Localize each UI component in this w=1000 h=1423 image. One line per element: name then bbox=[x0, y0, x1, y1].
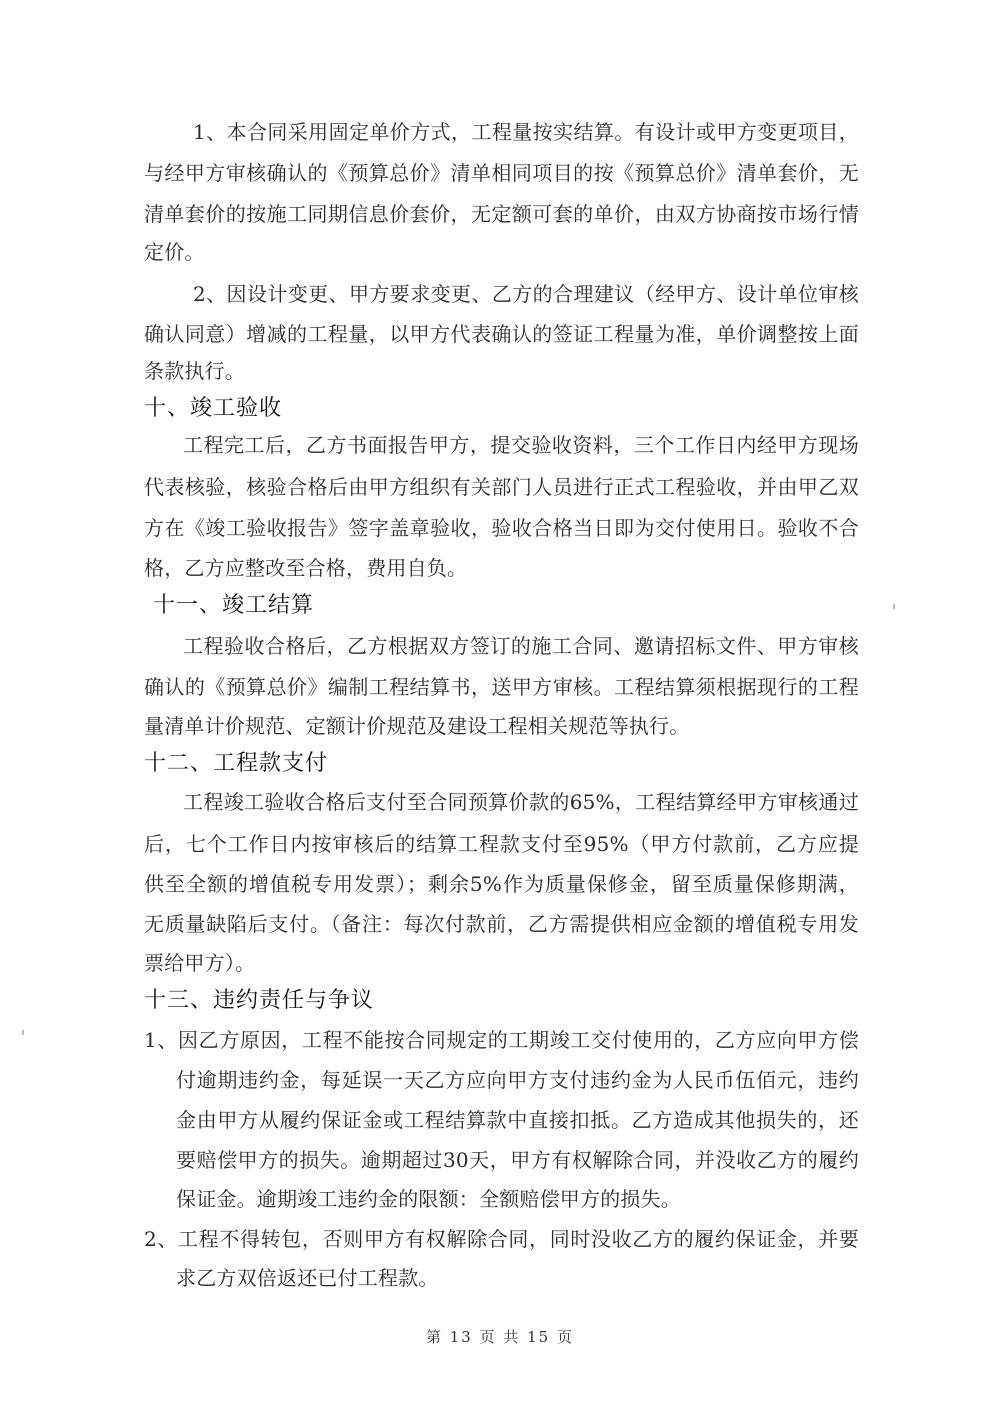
paragraph-line: 工程验收合格后，乙方根据双方签订的施工合同、邀请招标文件、甲方审核 bbox=[183, 634, 859, 658]
paragraph-line: 确认同意）增减的工程量，以甲方代表确认的签证工程量为准，单价调整按上面 bbox=[144, 322, 859, 346]
paragraph-line: 付逾期违约金，每延误一天乙方应向甲方支付违约金为人民币伍佰元，违约 bbox=[176, 1068, 859, 1092]
scan-artifact bbox=[893, 604, 895, 609]
paragraph-line: 后，七个工作日内按审核后的结算工程款支付至95%（甲方付款前，乙方应提 bbox=[144, 832, 859, 856]
paragraph-line: 格，乙方应整改至合格，费用自负。 bbox=[144, 556, 859, 580]
paragraph-line: 供至全额的增值税专用发票）；剩余5%作为质量保修金，留至质量保修期满， bbox=[144, 872, 859, 896]
paragraph-line: 2、因设计变更、甲方要求变更、乙方的合理建议（经甲方、设计单位审核 bbox=[193, 282, 859, 306]
paragraph-line: 定价。 bbox=[144, 240, 859, 264]
paragraph-line: 代表核验，核验合格后由甲方组织有关部门人员进行正式工程验收，并由甲乙双 bbox=[144, 475, 859, 499]
paragraph-line: 金由甲方从履约保证金或工程结算款中直接扣抵。乙方造成其他损失的，还 bbox=[176, 1108, 859, 1132]
paragraph-line: 方在《竣工验收报告》签字盖章验收，验收合格当日即为交付使用日。验收不合 bbox=[144, 516, 859, 540]
scan-artifact bbox=[22, 1030, 24, 1035]
paragraph-line: 1、本合同采用固定单价方式，工程量按实结算。有设计或甲方变更项目， bbox=[193, 120, 859, 144]
section-heading: 十二、工程款支付 bbox=[144, 751, 328, 777]
section-heading: 十三、违约责任与争议 bbox=[144, 988, 374, 1014]
paragraph-line: 无质量缺陷后支付。（备注：每次付款前，乙方需提供相应金额的增值税专用发 bbox=[144, 912, 859, 936]
paragraph-line: 条款执行。 bbox=[144, 359, 859, 383]
paragraph-line: 与经甲方审核确认的《预算总价》清单相同项目的按《预算总价》清单套价，无 bbox=[144, 161, 859, 185]
paragraph-line: 工程完工后，乙方书面报告甲方，提交验收资料，三个工作日内经甲方现场 bbox=[183, 433, 859, 457]
paragraph-line: 要赔偿甲方的损失。逾期超过30天，甲方有权解除合同，并没收乙方的履约 bbox=[176, 1148, 859, 1172]
paragraph-line: 1、因乙方原因，工程不能按合同规定的工期竣工交付使用的，乙方应向甲方偿 bbox=[144, 1028, 859, 1052]
paragraph-line: 量清单计价规范、定额计价规范及建设工程相关规范等执行。 bbox=[144, 714, 859, 738]
page-number: 第 13 页 共 15 页 bbox=[0, 1326, 1000, 1347]
paragraph-line: 求乙方双倍返还已付工程款。 bbox=[176, 1266, 859, 1290]
paragraph-line: 保证金。逾期竣工违约金的限额：全额赔偿甲方的损失。 bbox=[176, 1187, 859, 1211]
paragraph-line: 工程竣工验收合格后支付至合同预算价款的65%，工程结算经甲方审核通过 bbox=[183, 790, 859, 814]
document-page: 1、本合同采用固定单价方式，工程量按实结算。有设计或甲方变更项目， 与经甲方审核… bbox=[0, 0, 1000, 1423]
paragraph-line: 清单套价的按施工同期信息价套价，无定额可套的单价，由双方协商按市场行情 bbox=[144, 202, 859, 226]
paragraph-line: 票给甲方）。 bbox=[144, 951, 859, 975]
section-heading: 十、竣工验收 bbox=[144, 396, 282, 422]
paragraph-line: 确认的《预算总价》编制工程结算书，送甲方审核。工程结算须根据现行的工程 bbox=[144, 675, 859, 699]
paragraph-line: 2、工程不得转包，否则甲方有权解除合同，同时没收乙方的履约保证金，并要 bbox=[144, 1227, 859, 1251]
section-heading: 十一、竣工结算 bbox=[153, 593, 314, 619]
